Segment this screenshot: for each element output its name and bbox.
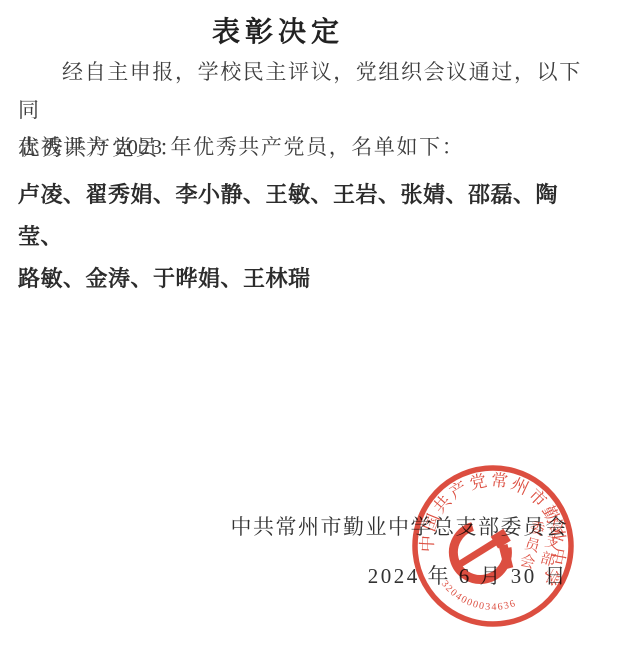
names-line: 路敏、金涛、于晔娟、王林瑞 [18,258,583,300]
section-label: 优秀共产党员： [18,131,183,162]
document-title: 表彰决定 [0,10,556,50]
hammer-sickle-icon [447,517,523,588]
paragraph-line: 经自主申报，学校民主评议，党组织会议通过，以下同 [18,54,588,129]
official-seal: 中国共产党常州市勤业中学 3204000034636 总支部 委员会 [405,458,581,634]
document-page: 表彰决定 经自主申报，学校民主评议，党组织会议通过，以下同 志被评为 2023 … [0,0,628,653]
names-line: 卢凌、翟秀娟、李小静、王敏、王岩、张婧、邵磊、陶莹、 [18,174,583,258]
names-list: 卢凌、翟秀娟、李小静、王敏、王岩、张婧、邵磊、陶莹、 路敏、金涛、于晔娟、王林瑞 [18,174,583,300]
